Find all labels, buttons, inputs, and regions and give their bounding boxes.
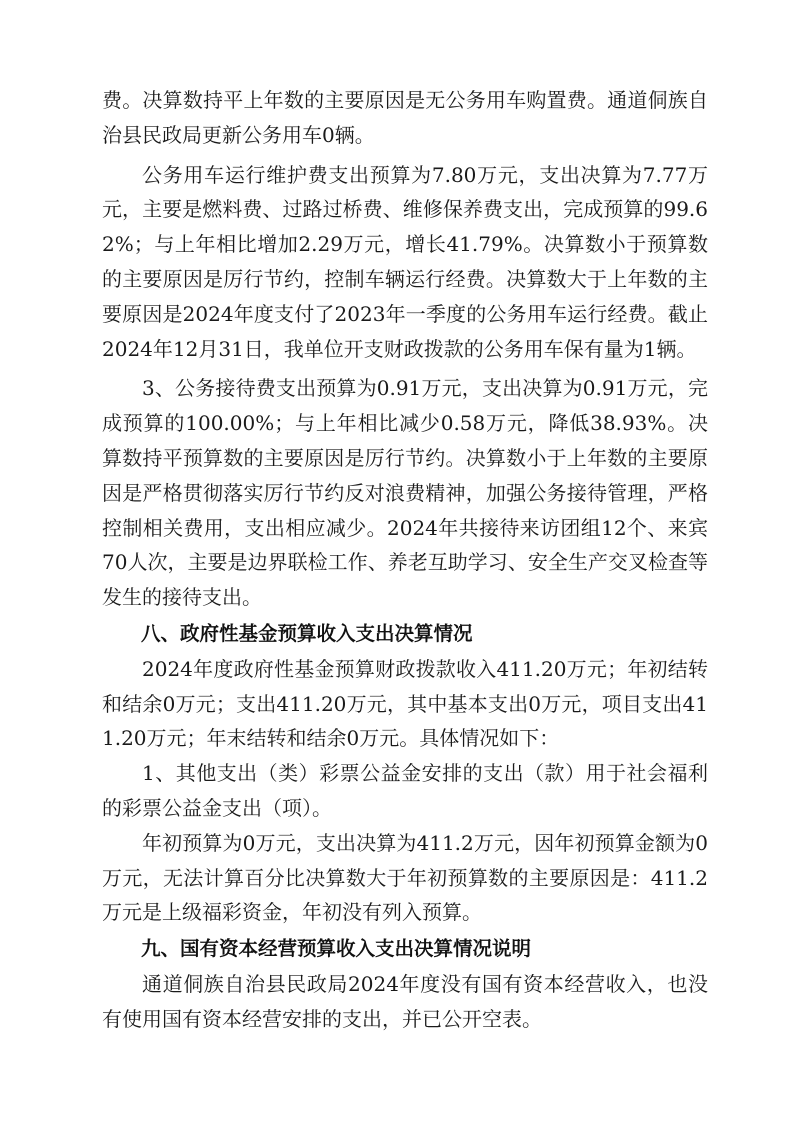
paragraph-state-capital-detail: 通道侗族自治县民政局2024年度没有国有资本经营收入，也没有使用国有资本经营安排…	[102, 967, 708, 1037]
paragraph-vehicle-purchase-tail: 费。决算数持平上年数的主要原因是无公务用车购置费。通道侗族自治县民政局更新公务用…	[102, 83, 708, 153]
paragraph-lottery-fund-detail: 年初预算为0万元，支出决算为411.2万元，因年初预算金额为0万元，无法计算百分…	[102, 826, 708, 930]
paragraph-lottery-fund-item: 1、其他支出（类）彩票公益金安排的支出（款）用于社会福利的彩票公益金支出（项）。	[102, 756, 708, 826]
paragraph-government-fund-summary: 2024年度政府性基金预算财政拨款收入411.20万元；年初结转和结余0万元；支…	[102, 652, 708, 756]
section-heading-government-fund: 八、政府性基金预算收入支出决算情况	[102, 617, 708, 652]
section-heading-state-capital: 九、国有资本经营预算收入支出决算情况说明	[102, 932, 708, 967]
paragraph-vehicle-operation: 公务用车运行维护费支出预算为7.80万元，支出决算为7.77万元，主要是燃料费、…	[102, 158, 708, 367]
document-page: 费。决算数持平上年数的主要原因是无公务用车购置费。通道侗族自治县民政局更新公务用…	[102, 83, 708, 1037]
paragraph-official-reception: 3、公务接待费支出预算为0.91万元，支出决算为0.91万元，完成预算的100.…	[102, 371, 708, 615]
